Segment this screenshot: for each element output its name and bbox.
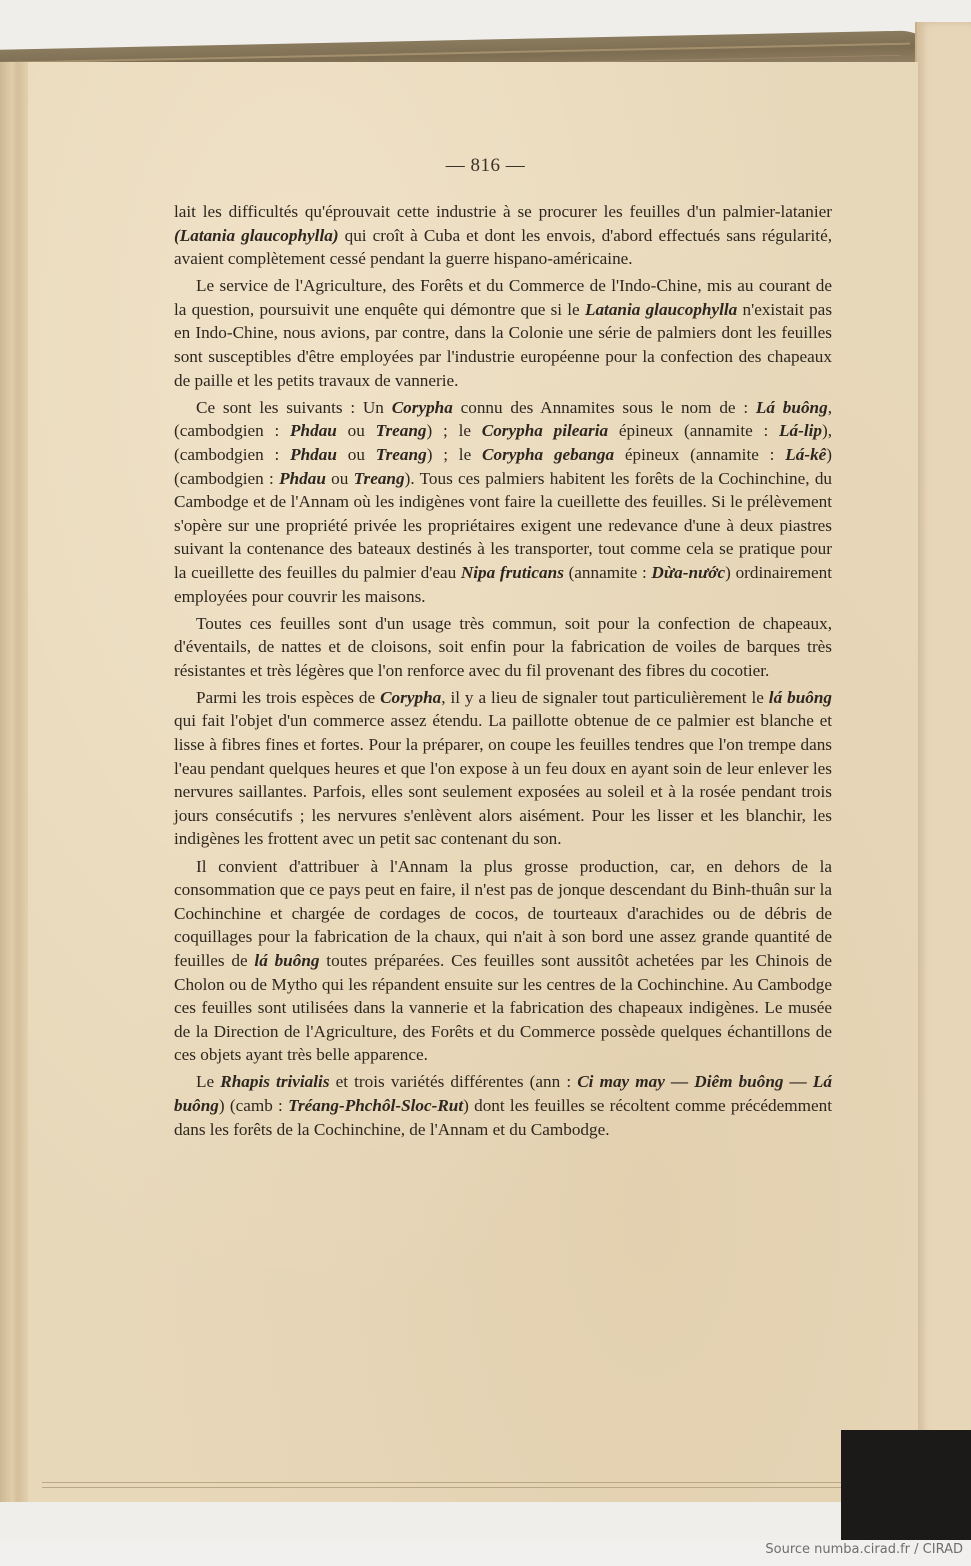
italic-term: Rhapis trivialis	[220, 1072, 329, 1091]
italic-term: Phdau	[279, 469, 326, 488]
italic-term: Phdau	[290, 421, 337, 440]
text-run: (annamite :	[564, 563, 652, 582]
book-cover-corner	[841, 1430, 971, 1540]
text-run: connu des Annamites sous le nom de :	[453, 398, 756, 417]
text-run: ) ; le	[427, 445, 482, 464]
italic-term: lá buông	[769, 688, 832, 707]
italic-term: Nipa fruticans	[461, 563, 564, 582]
italic-term: Dừa-nước	[651, 563, 725, 582]
italic-term: Treang	[376, 421, 427, 440]
page-number: — 816 —	[0, 155, 971, 177]
text-run: Parmi les trois espèces de	[196, 688, 380, 707]
paragraph: Le Rhapis trivialis et trois variétés di…	[174, 1070, 832, 1141]
paragraph: Parmi les trois espèces de Corypha, il y…	[174, 686, 832, 851]
text-run: épineux (annamite :	[608, 421, 779, 440]
italic-term: Treang	[354, 469, 405, 488]
italic-term: Treang	[376, 445, 427, 464]
text-run: Ce sont les suivants : Un	[196, 398, 392, 417]
paragraph: Ce sont les suivants : Un Corypha connu …	[174, 396, 832, 608]
page-stack-left-edge	[0, 62, 31, 1502]
italic-term: Latania glaucophylla	[585, 300, 737, 319]
italic-term: Corypha gebanga	[482, 445, 614, 464]
italic-term: Lá-lip	[779, 421, 822, 440]
text-run: ou	[337, 421, 376, 440]
facing-page-edge	[915, 22, 971, 1442]
body-text: lait les difficultés qu'éprouvait cette …	[174, 200, 832, 1145]
text-run: ) ; le	[427, 421, 482, 440]
text-run: et trois variétés différentes (ann :	[330, 1072, 578, 1091]
paragraph: Le service de l'Agriculture, des Forêts …	[174, 274, 832, 392]
italic-term: lá buông	[254, 951, 319, 970]
text-run: épineux (annamite :	[614, 445, 785, 464]
text-run: Le	[196, 1072, 220, 1091]
italic-term: Tréang-Phchôl-Sloc-Rut	[288, 1096, 463, 1115]
italic-term: Corypha pilearia	[482, 421, 608, 440]
italic-term: Lá buông	[756, 398, 828, 417]
italic-term: (Latania glaucophylla)	[174, 226, 339, 245]
italic-term: Corypha	[380, 688, 441, 707]
source-credit: Source numba.cirad.fr / CIRAD	[765, 1542, 963, 1557]
text-run: ou	[337, 445, 376, 464]
italic-term: Phdau	[290, 445, 337, 464]
scanned-book-page: — 816 — lait les difficultés qu'éprouvai…	[0, 0, 971, 1540]
text-run: ) (camb :	[219, 1096, 288, 1115]
text-run: lait les difficultés qu'éprouvait cette …	[174, 202, 832, 221]
paragraph: Toutes ces feuilles sont d'un usage très…	[174, 612, 832, 683]
text-run: , il y a lieu de signaler tout particuli…	[441, 688, 769, 707]
paragraph: lait les difficultés qu'éprouvait cette …	[174, 200, 832, 271]
italic-term: Lá-kê	[785, 445, 826, 464]
text-run: ou	[326, 469, 354, 488]
text-run: Toutes ces feuilles sont d'un usage très…	[174, 614, 832, 680]
italic-term: Corypha	[392, 398, 453, 417]
text-run: qui fait l'objet d'un commerce assez éte…	[174, 711, 832, 848]
paragraph: Il convient d'attribuer à l'Annam la plu…	[174, 855, 832, 1067]
